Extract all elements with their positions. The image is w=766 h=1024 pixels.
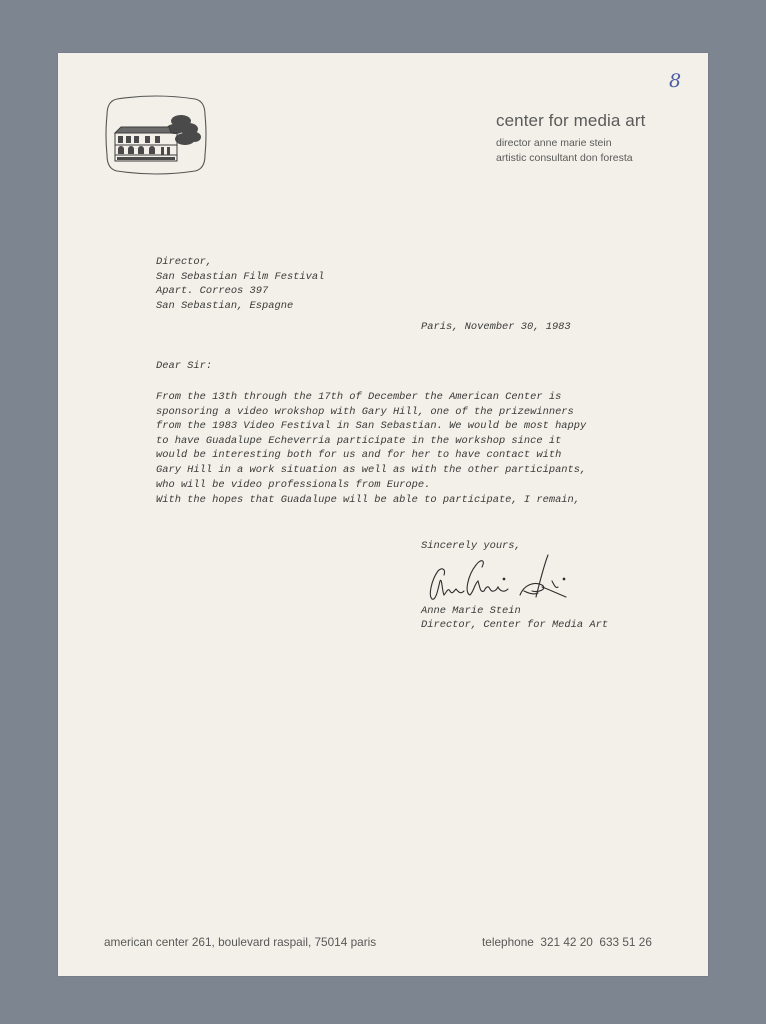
director-line: director anne marie stein (496, 137, 645, 150)
salutation: Dear Sir: (156, 359, 212, 374)
consultant-line: artistic consultant don foresta (496, 152, 645, 165)
body-paragraph-2: With the hopes that Guadalupe will be ab… (156, 493, 580, 508)
recipient-line: Apart. Correos 397 (156, 284, 324, 299)
signatory-name: Anne Marie Stein (421, 604, 521, 619)
footer-telephone: telephone 321 42 20 633 51 26 (482, 935, 652, 949)
recipient-line: San Sebastian Film Festival (156, 270, 324, 285)
body-line: who will be video professionals from Eur… (156, 478, 586, 493)
body-line: to have Guadalupe Echeverria participate… (156, 434, 586, 449)
recipient-line: San Sebastian, Espagne (156, 299, 324, 314)
letterhead: center for media art director anne marie… (496, 111, 645, 165)
page-number: 8 (669, 70, 681, 92)
footer-address: american center 261, boulevard raspail, … (104, 935, 376, 949)
organization-name: center for media art (496, 111, 645, 131)
letter-page: 8 (58, 53, 708, 976)
body-line: Gary Hill in a work situation as well as… (156, 463, 586, 478)
body-line: sponsoring a video wrokshop with Gary Hi… (156, 405, 586, 420)
body-line: From the 13th through the 17th of Decemb… (156, 390, 586, 405)
building-tv-frame-logo-icon (105, 95, 207, 175)
letter-date: Paris, November 30, 1983 (421, 320, 571, 335)
body-line: from the 1983 Video Festival in San Seba… (156, 419, 586, 434)
recipient-address: Director,San Sebastian Film FestivalApar… (156, 255, 324, 313)
body-line: would be interesting both for us and for… (156, 448, 586, 463)
recipient-line: Director, (156, 255, 324, 270)
signatory-title: Director, Center for Media Art (421, 618, 608, 633)
body-paragraph-1: From the 13th through the 17th of Decemb… (156, 390, 586, 492)
handwritten-signature-icon (424, 551, 584, 607)
